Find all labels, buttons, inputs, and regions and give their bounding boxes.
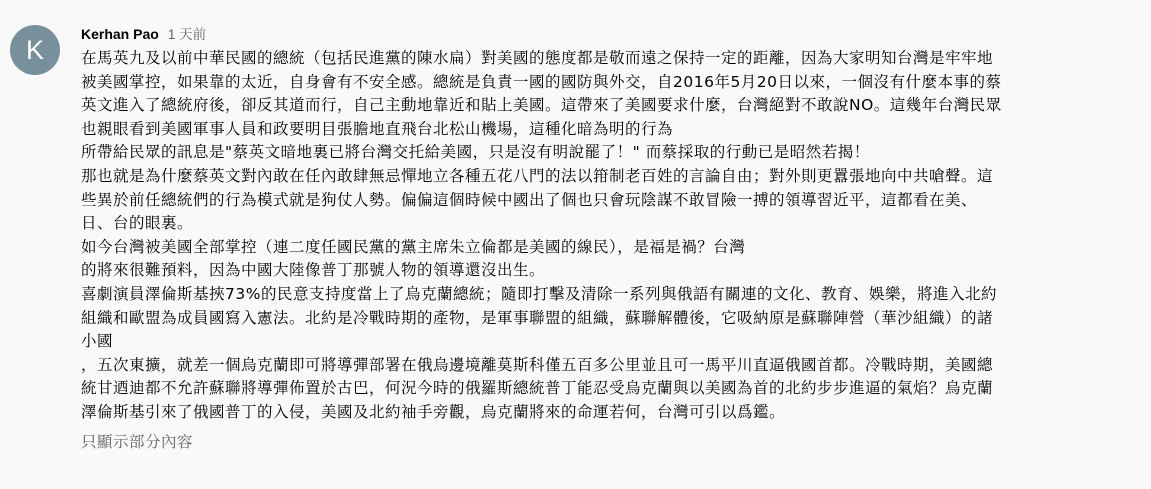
comment-line: 組織和歐盟為成員國寫入憲法。北約是冷戰時期的產物，是軍事聯盟的組織，蘇聯解體後，… (81, 307, 1141, 331)
comment-line: 在馬英九及以前中華民國的總統（包括民進黨的陳水扁）對美國的態度都是敬而遠之保持一… (81, 47, 1141, 71)
avatar-letter: K (26, 35, 44, 65)
comment-text: 在馬英九及以前中華民國的總統（包括民進黨的陳水扁）對美國的態度都是敬而遠之保持一… (81, 47, 1141, 425)
comment-line: 英文進入了總統府後，卻反其道而行，自己主動地靠近和貼上美國。這帶來了美國要求什麼… (81, 94, 1141, 118)
comment-line: 澤倫斯基引來了俄國普丁的入侵，美國及北約袖手旁觀，烏克蘭將來的命運若何，台灣可引… (81, 401, 1141, 425)
comment-line: 被美國掌控，如果靠的太近，自身會有不安全感。總統是負責一國的國防與外交，自201… (81, 71, 1141, 95)
show-less-button[interactable]: 只顯示部分內容 (81, 430, 193, 452)
comment-body: Kerhan Pao 1 天前 在馬英九及以前中華民國的總統（包括民進黨的陳水扁… (81, 24, 1141, 452)
comment-timestamp[interactable]: 1 天前 (168, 27, 206, 42)
comment-line: 些異於前任總統們的行為模式就是狗仗人勢。偏偏這個時候中國出了個也只會玩陰謀不敢冒… (81, 189, 1141, 213)
author-name[interactable]: Kerhan Pao (81, 26, 159, 42)
comment-line: 如今台灣被美國全部掌控（連二度任國民黨的黨主席朱立倫都是美國的線民），是福是禍？… (81, 236, 1141, 260)
comment-line: ，五次東擴，就差一個烏克蘭即可將導彈部署在俄烏邊境離莫斯科僅五百多公里並且可一馬… (81, 354, 1141, 378)
comment-line: 小國 (81, 330, 1141, 354)
comment-line: 所帶給民眾的訊息是"蔡英文暗地裏已將台灣交托給美國，只是沒有明說罷了！" 而蔡採… (81, 141, 1141, 165)
comment-line: 日、台的眼裏。 (81, 212, 1141, 236)
comment-line: 統甘迺迪都不允許蘇聯將導彈佈置於古巴，何況今時的俄羅斯總統普丁能忍受烏克蘭與以美… (81, 377, 1141, 401)
avatar[interactable]: K (10, 25, 60, 75)
comment-header: Kerhan Pao 1 天前 (81, 24, 1141, 44)
comment-line: 那也就是為什麼蔡英文對內敢在任內敢肆無忌憚地立各種五花八門的法以箝制老百姓的言論… (81, 165, 1141, 189)
comment-thread: K Kerhan Pao 1 天前 在馬英九及以前中華民國的總統（包括民進黨的陳… (0, 0, 1151, 489)
comment-line: 也親眼看到美國軍事人員和政要明目張膽地直飛台北松山機場，這種化暗為明的行為 (81, 118, 1141, 142)
comment-line: 的將來很難預料，因為中國大陸像普丁那號人物的領導還沒出生。 (81, 259, 1141, 283)
comment-line: 喜劇演員澤倫斯基挾73%的民意支持度當上了烏克蘭總統；隨即打擊及清除一系列與俄語… (81, 283, 1141, 307)
